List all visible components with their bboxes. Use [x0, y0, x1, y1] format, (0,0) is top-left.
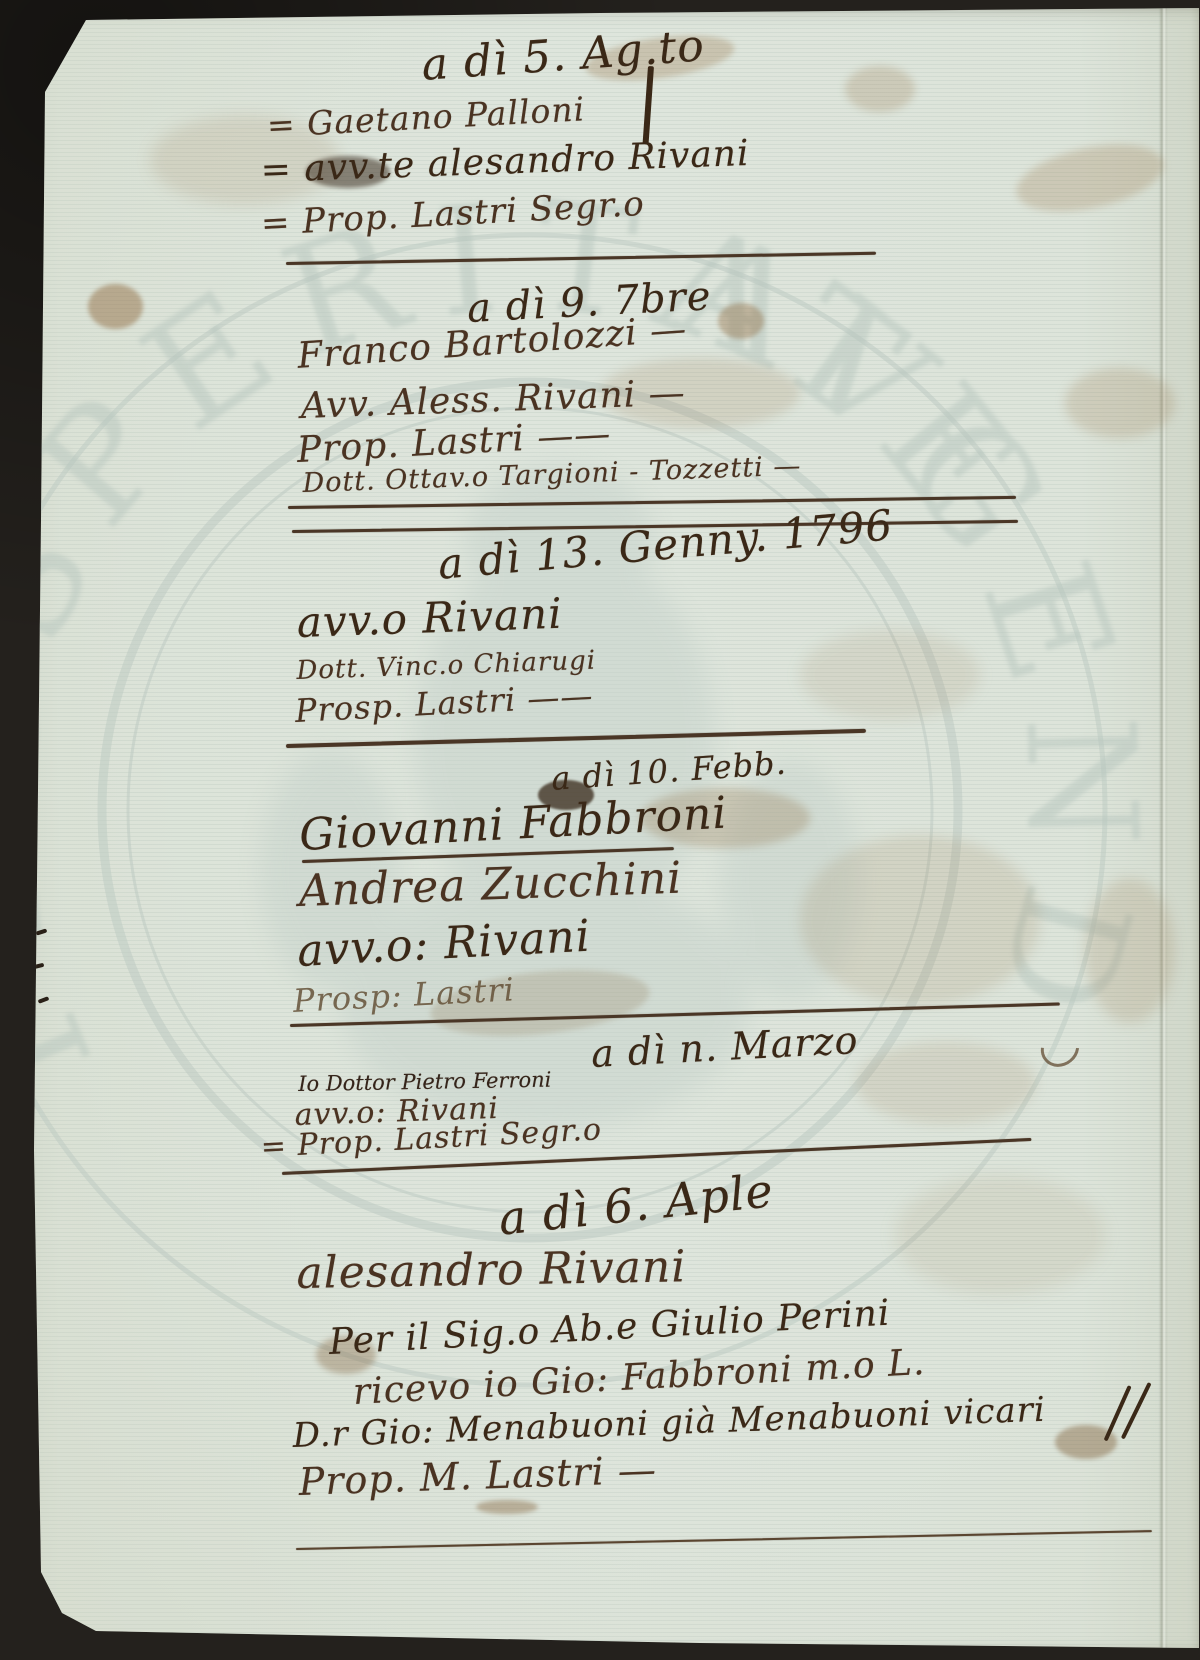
entry-andrea-zucchini: Andrea Zucchini [298, 853, 683, 917]
stain [88, 284, 143, 329]
entry-gaetano-palloni: = Gaetano Palloni [266, 89, 586, 145]
binding-stitch [33, 963, 45, 970]
stain [895, 1175, 1105, 1295]
section-divider [286, 252, 876, 265]
fold-crease [1159, 8, 1167, 1648]
entry-avv-rivani: avv.o Rivani [296, 589, 563, 647]
ink-flourish [1033, 1021, 1087, 1074]
stain [800, 630, 980, 720]
stain [845, 66, 915, 112]
manuscript-page: PROSPERITATE AVGENDAE [0, 0, 1200, 1660]
bottom-divider [296, 1530, 1152, 1550]
date-line-13-gennaio-1796: a dì 13. Genny. 1796 [436, 500, 895, 589]
stain [1065, 368, 1175, 438]
entry-avv-rivani-2: avv.o: Rivani [296, 911, 592, 977]
stain [718, 303, 764, 339]
stain [856, 1042, 1036, 1124]
stain [800, 835, 1040, 1005]
entry-alesandro-rivani-2: alesandro Rivani [296, 1241, 687, 1299]
stain [1085, 878, 1175, 1023]
date-line-5-agosto: a dì 5. Ag.to [420, 20, 706, 91]
page-right-margin [1167, 8, 1200, 1648]
date-line-marzo: a dì n. Marzo [590, 1018, 859, 1076]
binding-stitch [38, 996, 50, 1004]
entry-alesandro-rivani: = avv.te alesandro Rivani [260, 133, 750, 191]
scanner-background: PROSPERITATE AVGENDAE [0, 0, 1200, 1660]
binding-stitch [36, 928, 48, 935]
stain [476, 1500, 538, 1514]
stain [1010, 133, 1169, 223]
entry-prop-lastri-segr: = Prop. Lastri Segr.o [260, 184, 646, 244]
date-line-6-aprile: a dì 6. Aple [496, 1163, 776, 1246]
entry-prop-m-lastri: Prop. M. Lastri — [298, 1447, 658, 1503]
entry-pietro-ferroni: Io Dottor Pietro Ferroni [298, 1068, 552, 1096]
section-divider [288, 496, 1016, 509]
